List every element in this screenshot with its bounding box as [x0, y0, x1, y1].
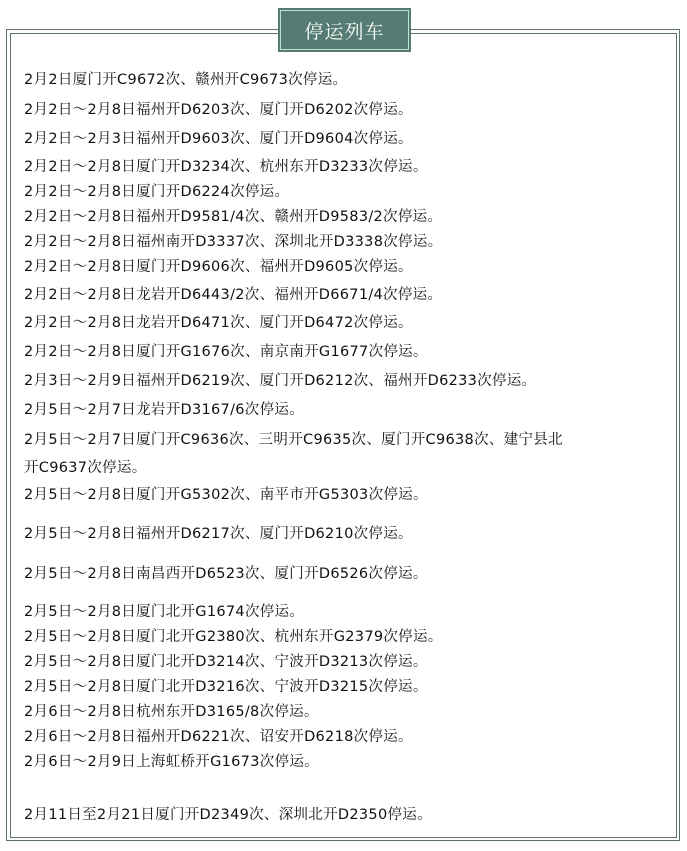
notice-line: 2月5日～2月8日厦门北开G1674次停运。: [24, 600, 304, 621]
notice-line: 2月2日～2月8日厦门开D9606次、福州开D9605次停运。: [24, 255, 413, 276]
notice-line: 2月6日～2月8日福州开D6221次、诏安开D6218次停运。: [24, 725, 413, 746]
notice-line: 2月11日至2月21日厦门开D2349次、深圳北开D2350停运。: [24, 803, 432, 824]
notice-line: 2月6日～2月9日上海虹桥开G1673次停运。: [24, 750, 319, 771]
notice-line: 2月2日～2月8日龙岩开D6443/2次、福州开D6671/4次停运。: [24, 283, 442, 304]
notice-line: 2月2日～2月8日福州开D9581/4次、赣州开D9583/2次停运。: [24, 205, 442, 226]
notice-line: 2月5日～2月8日南昌西开D6523次、厦门开D6526次停运。: [24, 562, 428, 583]
notice-line: 2月5日～2月8日厦门北开D3214次、宁波开D3213次停运。: [24, 650, 428, 671]
notice-line: 开C9637次停运。: [24, 456, 147, 477]
notice-line: 2月2日～2月8日福州开D6203次、厦门开D6202次停运。: [24, 98, 413, 119]
notice-line: 2月2日～2月8日龙岩开D6471次、厦门开D6472次停运。: [24, 311, 413, 332]
notice-line: 2月2日厦门开C9672次、赣州开C9673次停运。: [24, 68, 347, 89]
notice-line: 2月5日～2月8日福州开D6217次、厦门开D6210次停运。: [24, 522, 413, 543]
page-title: 停运列车: [280, 10, 409, 50]
notice-line: 2月2日～2月8日厦门开D3234次、杭州东开D3233次停运。: [24, 155, 428, 176]
notice-line: 2月5日～2月7日龙岩开D3167/6次停运。: [24, 398, 304, 419]
notice-line: 2月5日～2月8日厦门北开D3216次、宁波开D3215次停运。: [24, 675, 428, 696]
notice-line: 2月5日～2月8日厦门开G5302次、南平市开G5303次停运。: [24, 483, 428, 504]
notice-line: 2月5日～2月8日厦门北开G2380次、杭州东开G2379次停运。: [24, 625, 443, 646]
notice-line: 2月2日～2月8日福州南开D3337次、深圳北开D3338次停运。: [24, 230, 442, 251]
notice-line: 2月5日～2月7日厦门开C9636次、三明开C9635次、厦门开C9638次、建…: [24, 428, 563, 449]
notice-line: 2月3日～2月9日福州开D6219次、厦门开D6212次、福州开D6233次停运…: [24, 369, 536, 390]
title-banner: 停运列车: [278, 8, 411, 52]
notice-line: 2月6日～2月8日杭州东开D3165/8次停运。: [24, 700, 319, 721]
notice-line: 2月2日～2月8日厦门开G1676次、南京南开G1677次停运。: [24, 340, 428, 361]
notice-line: 2月2日～2月3日福州开D9603次、厦门开D9604次停运。: [24, 127, 413, 148]
notice-line: 2月2日～2月8日厦门开D6224次停运。: [24, 180, 289, 201]
